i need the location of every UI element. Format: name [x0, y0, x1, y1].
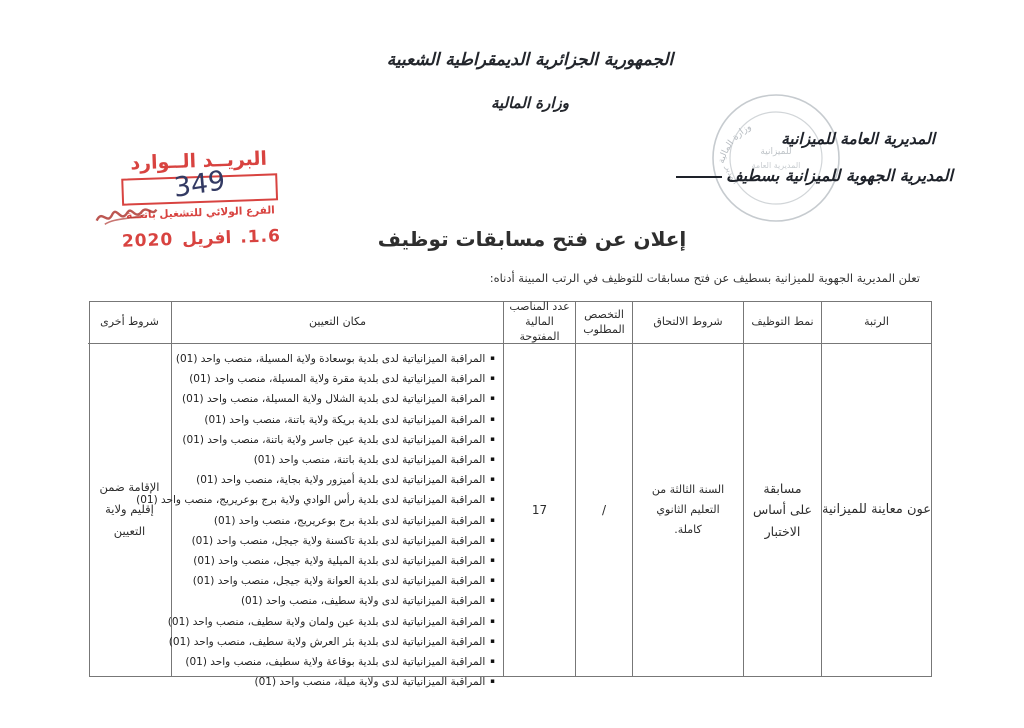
assignment-location-item: المراقبة الميزانياتية لدى بلدية عين ولما…	[176, 612, 495, 632]
col-header-other-conditions: شروط أخرى	[88, 302, 171, 344]
col-header-open-positions: عدد المناصب المالية المفتوحة	[503, 302, 575, 344]
col-header-specialty: التخصص المطلوب	[575, 302, 632, 344]
recruitment-table: الرتبة نمط التوظيف شروط الالتحاق التخصص …	[89, 301, 932, 677]
assignment-location-item: المراقبة الميزانياتية لدى بلدية مقرة ولا…	[176, 369, 495, 389]
col-header-assignment-location: مكان التعيين	[171, 302, 503, 344]
directorate-general-line: المديرية العامة للميزانية	[781, 130, 935, 148]
assignment-location-item: المراقبة الميزانياتية لدى بلدية بريكة ول…	[176, 410, 495, 430]
assignment-location-item: المراقبة الميزانياتية لدى بلدية عين جاسر…	[176, 430, 495, 450]
official-round-seal-stamp: وزارة المالية المديرية العامة للميزانية …	[700, 82, 852, 234]
mail-number-box: 349	[121, 173, 278, 205]
assignment-location-item: المراقبة الميزانياتية لدى بلدية الميلية …	[176, 551, 495, 571]
col-header-join-conditions: شروط الالتحاق	[632, 302, 743, 344]
incoming-mail-stamp: البريــد الــوارد 349 الفرع الولائي للتش…	[86, 146, 313, 253]
signature-scribble-icon	[94, 202, 159, 230]
cell-rank: عون معاينة للميزانية	[821, 344, 931, 676]
scanned-document-page: الجمهورية الجزائرية الديمقراطية الشعبية …	[0, 0, 1024, 728]
seal-center-text: للميزانية	[760, 147, 791, 157]
assignment-location-item: المراقبة الميزانياتية لدى ولاية سطيف، من…	[176, 591, 495, 611]
assignment-location-item: المراقبة الميزانياتية لدى بلدية تاكسنة و…	[176, 531, 495, 551]
announcement-intro: تعلن المديرية الجهوية للميزانية بسطيف عن…	[490, 271, 920, 285]
cell-specialty: /	[575, 344, 632, 676]
employment-branch-line: الفرع الولائي للتشغيل باتنــة	[88, 203, 312, 223]
assignment-location-item: المراقبة الميزانياتية لدى بلدية باتنة، م…	[176, 450, 495, 470]
assignment-location-item: المراقبة الميزانياتية لدى بلدية بوقاعة و…	[176, 652, 495, 672]
assignment-location-item: المراقبة الميزانياتية لدى بلدية الشلال و…	[176, 389, 495, 409]
col-header-mode: نمط التوظيف	[743, 302, 821, 344]
assignment-location-item: المراقبة الميزانياتية لدى بلدية أميزور و…	[176, 470, 495, 490]
assignment-location-item: المراقبة الميزانياتية لدى بلدية العوانة …	[176, 571, 495, 591]
cell-other-conditions: الإقامة ضمن إقليم ولاية التعيين	[88, 344, 171, 676]
assignment-location-item: المراقبة الميزانياتية لدى بلدية بوسعادة …	[176, 349, 495, 369]
assignment-location-item: المراقبة الميزانياتية لدى بلدية رأس الوا…	[176, 490, 495, 510]
col-header-rank: الرتبة	[821, 302, 931, 344]
seal-top-text: وزارة المالية	[717, 122, 753, 164]
directorate-regional-line: المديرية الجهوية للميزانية بسطيف	[676, 166, 953, 185]
date-day: 1.6.	[240, 226, 281, 247]
handwritten-mail-number: 349	[173, 165, 227, 204]
announcement-title: إعلان عن فتح مسابقات توظيف	[302, 227, 762, 251]
cell-recruitment-mode: مسابقة على أساس الاختبار	[743, 344, 821, 676]
ministry-header: وزارة المالية	[320, 94, 740, 112]
date-month: افريل	[182, 228, 232, 250]
assignment-location-item: المراقبة الميزانياتية لدى ولاية ميلة، من…	[176, 672, 495, 692]
republic-header: الجمهورية الجزائرية الديمقراطية الشعبية	[320, 50, 740, 70]
assignment-location-list: المراقبة الميزانياتية لدى بلدية بوسعادة …	[176, 349, 495, 692]
date-year: 2020	[122, 230, 174, 252]
assignment-location-item: المراقبة الميزانياتية لدى بلدية بئر العر…	[176, 632, 495, 652]
cell-assignment-locations: المراقبة الميزانياتية لدى بلدية بوسعادة …	[171, 344, 503, 676]
cell-join-conditions: السنة الثالثة من التعليم الثانوي كاملة.	[632, 344, 743, 676]
assignment-location-item: المراقبة الميزانياتية لدى بلدية برج بوعر…	[176, 511, 495, 531]
cell-open-positions: 17	[503, 344, 575, 676]
